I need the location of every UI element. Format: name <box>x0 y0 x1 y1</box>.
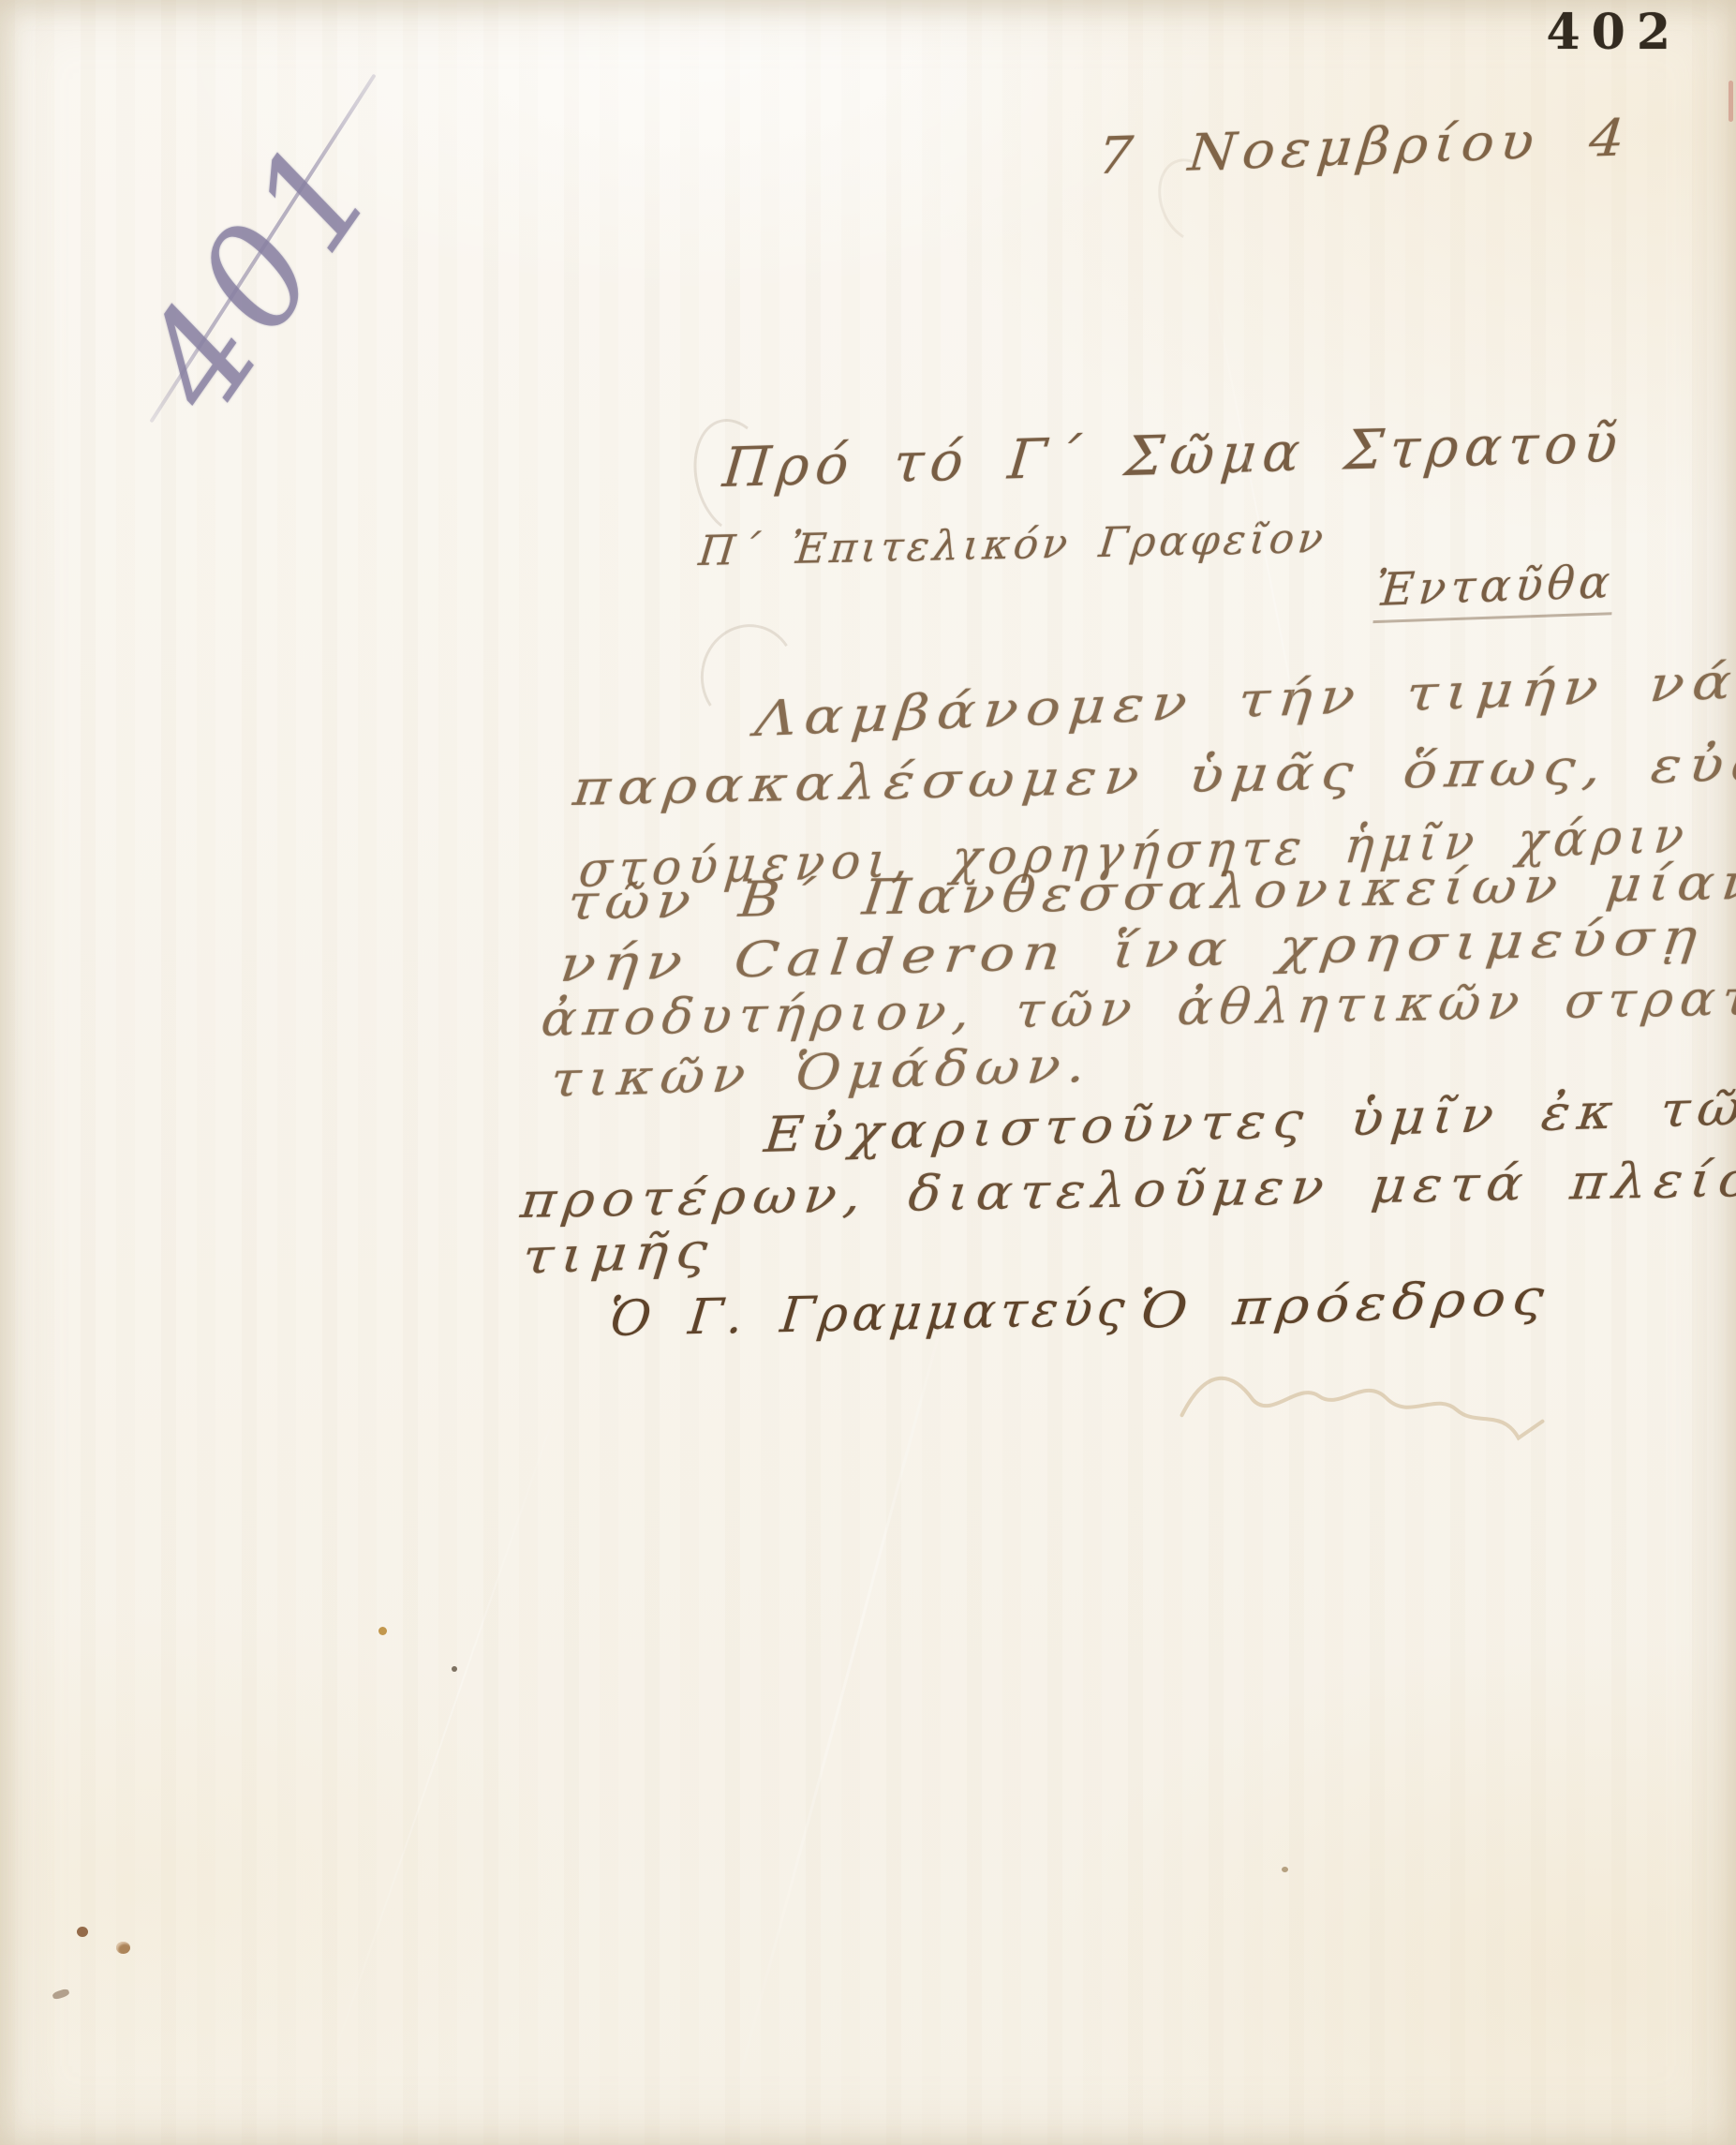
ghost-ink-trace <box>682 410 787 544</box>
ink-speck <box>452 1666 457 1672</box>
body-line: Λαμβάνομεν τήν τιμήν νά <box>753 658 1736 745</box>
ink-speck <box>116 1942 130 1954</box>
president-signature-scrawl <box>1171 1326 1556 1489</box>
ink-speck <box>1282 1867 1288 1872</box>
ink-speck <box>378 1627 387 1635</box>
ink-speck <box>77 1927 88 1937</box>
paper-crease <box>1205 249 1335 912</box>
ink-smudge <box>52 1988 70 2000</box>
paper-crease <box>729 1224 970 2111</box>
address-place-line: Ἐνταῦθα <box>1372 559 1616 623</box>
body-line: παρακαλέσωμεν ὑμᾶς ὅπως, εὐαρε <box>571 737 1736 813</box>
letter-sheet: 402 401 7 Νοεμβρίου 4 Πρό τό Γ΄ Σῶμα Στρ… <box>0 0 1736 2145</box>
body-line: τιμῆς <box>521 1227 717 1282</box>
secretary-title: Ὁ Γ. Γραμματεύς <box>606 1284 1131 1344</box>
pencil-folio-number: 401 <box>40 55 479 491</box>
printed-folio-number: 402 <box>1546 4 1682 61</box>
scan-edge-mark <box>1729 81 1733 122</box>
body-line: προτέρων, διατελοῦμεν μετά πλείστης <box>518 1154 1736 1226</box>
address-office-line: Π΄ Ἐπιτελικόν Γραφεῖον <box>697 518 1329 573</box>
body-line: τικῶν Ὁμάδων. <box>549 1041 1095 1105</box>
paper-crease <box>319 1388 564 2097</box>
address-recipient-line: Πρό τό Γ΄ Σῶμα Στρατοῦ <box>720 415 1626 495</box>
